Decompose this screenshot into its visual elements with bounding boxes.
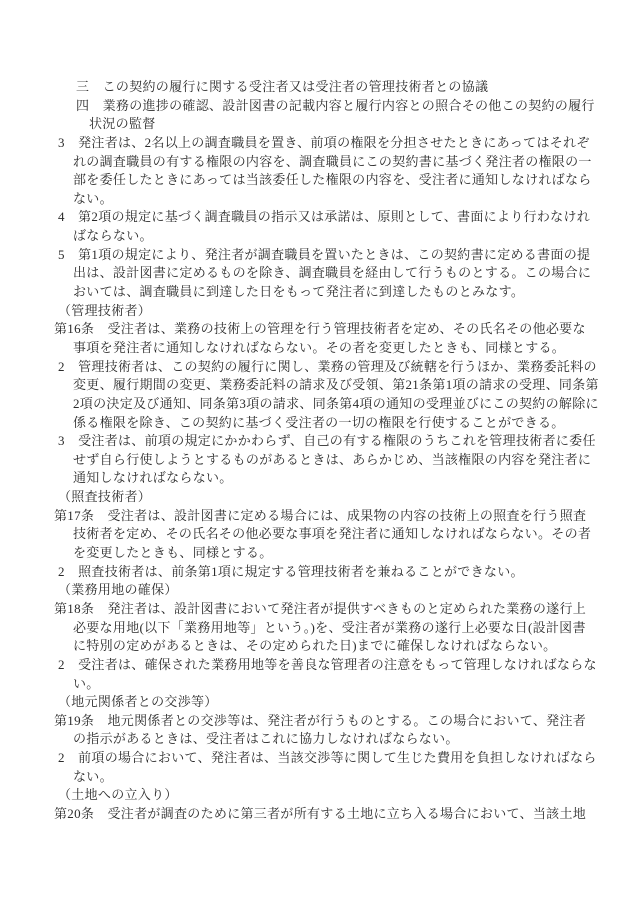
text-line: 2 受注者は、確保された業務用地等を善良な管理者の注意をもって管理しなければなら… — [58, 656, 630, 675]
text-line: （照査技術者） — [58, 488, 630, 507]
text-line: 第19条 地元関係者との交渉等は、発注者が行うものとする。この場合において、発注… — [54, 712, 630, 731]
text-line: ばならない。 — [73, 227, 630, 246]
text-line: 通知しなければならない。 — [73, 469, 630, 488]
text-line: 事項を発注者に通知しなければならない。その者を変更したときも、同様とする。 — [73, 339, 630, 358]
text-line: い。 — [73, 675, 630, 694]
text-line: おいては、調査職員に到達した日をもって発注者に到達したものとみなす。 — [73, 283, 630, 302]
text-line: に特別の定めがあるときは、その定められた日)までに確保しなければならない。 — [73, 637, 630, 656]
text-line: を変更したときも、同様とする。 — [73, 544, 630, 563]
document-lines: 三 この契約の履行に関する受注者又は受注者の管理技術者との協議四 業務の進捗の確… — [0, 78, 630, 824]
document-text: 三 この契約の履行に関する受注者又は受注者の管理技術者との協議四 業務の進捗の確… — [0, 78, 630, 824]
text-line: 2 照査技術者は、前条第1項に規定する管理技術者を兼ねることができない。 — [58, 563, 630, 582]
text-line: 第20条 受注者が調査のために第三者が所有する土地に立ち入る場合において、当該土… — [54, 805, 630, 824]
text-line: （土地への立入り） — [58, 786, 630, 805]
document-page: 三 この契約の履行に関する受注者又は受注者の管理技術者との協議四 業務の進捗の確… — [0, 0, 630, 903]
text-line: 三 この契約の履行に関する受注者又は受注者の管理技術者との協議 — [76, 78, 630, 97]
text-line: 第17条 受注者は、設計図書に定める場合には、成果物の内容の技術上の照査を行う照… — [54, 507, 630, 526]
text-line: 出は、設計図書に定めるものを除き、調査職員を経由して行うものとする。この場合に — [73, 264, 630, 283]
text-line: 4 第2項の規定に基づく調査職員の指示又は承諾は、原則として、書面により行わなけ… — [58, 208, 630, 227]
text-line: 2項の決定及び通知、同条第3項の請求、同条第4項の通知の受理並びにこの契約の解除… — [73, 395, 630, 414]
text-line: ない。 — [73, 190, 630, 209]
text-line: ない。 — [73, 768, 630, 787]
text-line: 必要な用地(以下「業務用地等」という。)を、受注者が業務の遂行上必要な日(設計図… — [73, 619, 630, 638]
text-line: 第18条 発注者は、設計図書において発注者が提供すべきものと定められた業務の遂行… — [54, 600, 630, 619]
text-line: 技術者を定め、その氏名その他必要な事項を発注者に通知しなければならない。その者 — [73, 525, 630, 544]
text-line: 係る権限を除き、この契約に基づく受注者の一切の権限を行使することができる。 — [73, 414, 630, 433]
text-line: 2 前項の場合において、発注者は、当該交渉等に関して生じた費用を負担しなければな… — [58, 749, 630, 768]
text-line: の指示があるときは、受注者はこれに協力しなければならない。 — [73, 730, 630, 749]
text-line: せず自ら行使しようとするものがあるときは、あらかじめ、当該権限の内容を発注者に — [73, 451, 630, 470]
text-line: 5 第1項の規定により、発注者が調査職員を置いたときは、この契約書に定める書面の… — [58, 246, 630, 265]
text-line: 変更、履行期間の変更、業務委託料の請求及び受領、第21条第1項の請求の受理、同条… — [73, 376, 630, 395]
text-line: 四 業務の進捗の確認、設計図書の記載内容と履行内容との照合その他この契約の履行 — [76, 97, 630, 116]
text-line: 状況の監督 — [89, 115, 630, 134]
text-line: 3 発注者は、2名以上の調査職員を置き、前項の権限を分担させたときにあってはそれ… — [58, 134, 630, 153]
text-line: （地元関係者との交渉等） — [58, 693, 630, 712]
text-line: 部を委任したときにあっては当該委任した権限の内容を、受注者に通知しなければなら — [73, 171, 630, 190]
text-line: （業務用地の確保） — [58, 581, 630, 600]
text-line: 2 管理技術者は、この契約の履行に関し、業務の管理及び統轄を行うほか、業務委託料… — [58, 358, 630, 377]
text-line: 第16条 受注者は、業務の技術上の管理を行う管理技術者を定め、その氏名その他必要… — [54, 320, 630, 339]
text-line: （管理技術者） — [58, 302, 630, 321]
text-line: れの調査職員の有する権限の内容を、調査職員にこの契約書に基づく発注者の権限の一 — [73, 153, 630, 172]
text-line: 3 受注者は、前項の規定にかかわらず、自己の有する権限のうちこれを管理技術者に委… — [58, 432, 630, 451]
